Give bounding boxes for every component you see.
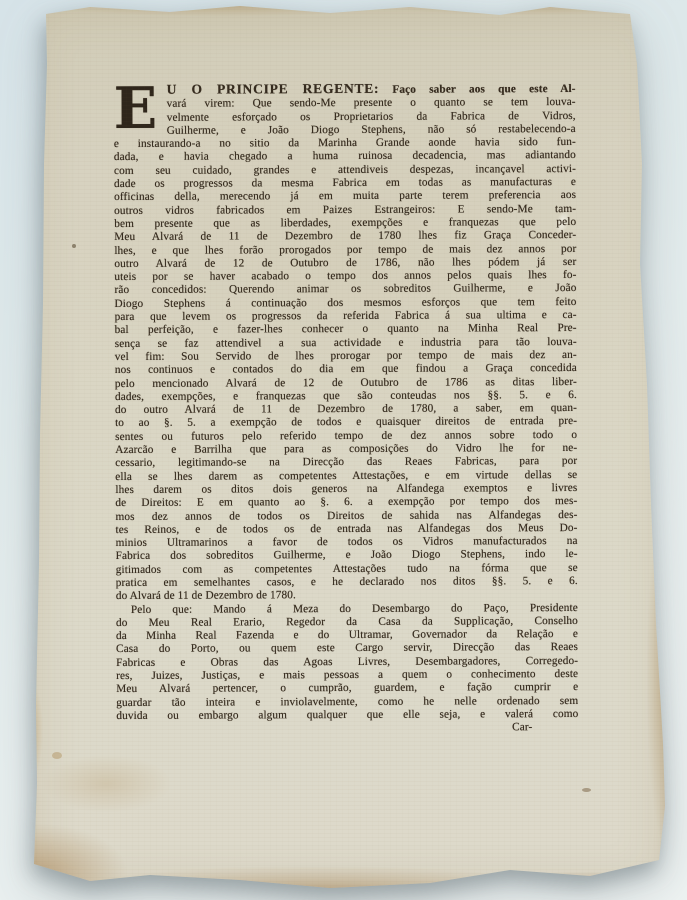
body-lines: e instaurando-a no sitio da Marinha Gran…: [114, 136, 578, 590]
text-line: Meu Alvará de 11 de Dezembro de 1780 lhe…: [114, 229, 576, 244]
regent-title-caps: U O PRINCIPE REGENTE:: [167, 81, 380, 97]
photo-background: E U O PRINCIPE REGENTE: Faço saber aos q…: [0, 0, 687, 900]
document-page: E U O PRINCIPE REGENTE: Faço saber aos q…: [30, 4, 665, 890]
text-line: pratica em semelhantes casos, e he decla…: [116, 575, 578, 590]
paper-shadow: E U O PRINCIPE REGENTE: Faço saber aos q…: [0, 0, 687, 900]
document-text-block: E U O PRINCIPE REGENTE: Faço saber aos q…: [114, 81, 579, 737]
text-line: nos continuos e contados do dia em que f…: [115, 362, 577, 377]
text-line: duvida ou embargo algum qualquer que ell…: [116, 708, 578, 723]
mandate-lines: do Meu Real Erario, Regedor da Casa da S…: [116, 615, 578, 723]
paper-stain-spot: [582, 788, 591, 792]
paper-stain-spot: [52, 752, 62, 759]
text-line: de Direitos: E em quanto ao §. 6. a exem…: [115, 495, 577, 510]
heading-continuation: Faço saber aos que este Al-: [392, 83, 575, 96]
opening-lines: vará virem: Que sendo-Me presente o quan…: [114, 96, 576, 138]
drop-cap-letter: E: [114, 85, 160, 135]
catchword: Car-: [116, 721, 578, 736]
paper-speck: [72, 244, 76, 248]
